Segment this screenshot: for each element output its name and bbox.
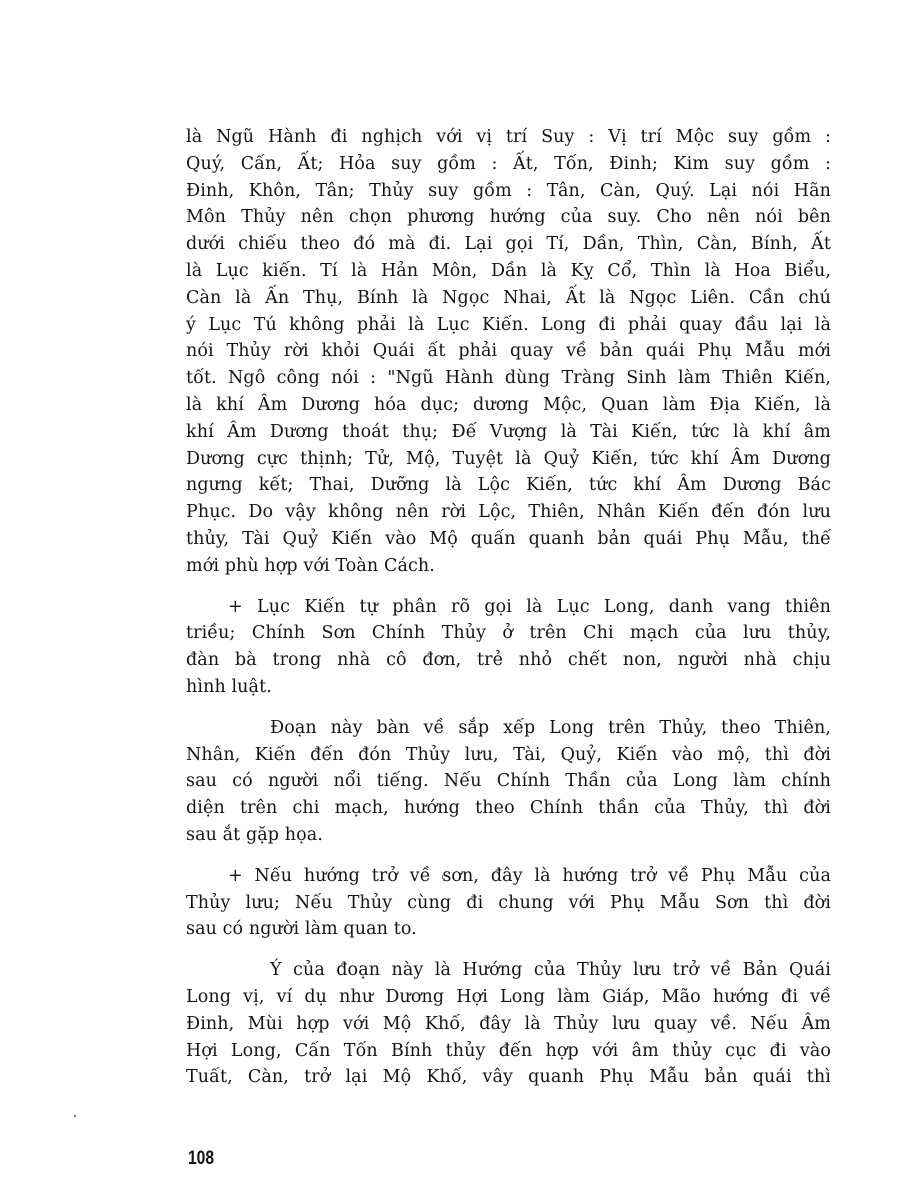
- text-line: Hợi Long, Cấn Tốn Bính thủy đến hợp với …: [186, 1038, 831, 1065]
- paragraph-commentary-2: Ý của đoạn này là Hướng của Thủy lưu trở…: [186, 957, 831, 1091]
- scan-speck: [74, 1115, 76, 1117]
- text-line: thủy, Tài Quỷ Kiến vào Mộ quấn quanh bản…: [186, 526, 831, 553]
- paragraph-continuation: là Ngũ Hành đi nghịch với vị trí Suy : V…: [186, 124, 831, 580]
- text-line: là khí Âm Dương hóa dục; dương Mộc, Quan…: [186, 392, 831, 419]
- text-line: Càn là Ấn Thụ, Bính là Ngọc Nhai, Ất là …: [186, 285, 831, 312]
- paragraph-bullet-luc-kien: + Lục Kiến tự phân rõ gọi là Lục Long, d…: [186, 594, 831, 701]
- text-line: Thủy lưu; Nếu Thủy cùng đi chung với Phụ…: [186, 890, 831, 917]
- text-line: Ý của đoạn này là Hướng của Thủy lưu trở…: [186, 957, 831, 984]
- text-line: khí Âm Dương thoát thụ; Đế Vượng là Tài …: [186, 419, 831, 446]
- text-line: Nhân, Kiến đến đón Thủy lưu, Tài, Quỷ, K…: [186, 742, 831, 769]
- text-line: Đinh, Mùi hợp với Mộ Khố, đây là Thủy lư…: [186, 1011, 831, 1038]
- text-line: ngưng kết; Thai, Dưỡng là Lộc Kiến, tức …: [186, 472, 831, 499]
- text-line: là Ngũ Hành đi nghịch với vị trí Suy : V…: [186, 124, 831, 151]
- page-body: là Ngũ Hành đi nghịch với vị trí Suy : V…: [186, 124, 831, 1105]
- text-line: diện trên chi mạch, hướng theo Chính thầ…: [186, 795, 831, 822]
- text-line: Đoạn này bàn về sắp xếp Long trên Thủy, …: [186, 715, 831, 742]
- text-line: ý Lục Tú không phải là Lục Kiến. Long đi…: [186, 312, 831, 339]
- text-line: Quý, Cấn, Ất; Hỏa suy gồm : Ất, Tốn, Đin…: [186, 151, 831, 178]
- page-number: 108: [188, 1148, 214, 1170]
- text-line: nói Thủy rời khỏi Quái ất phải quay về b…: [186, 338, 831, 365]
- text-line: Tuất, Càn, trở lại Mộ Khố, vây quanh Phụ…: [186, 1064, 831, 1091]
- text-line: là Lục kiến. Tí là Hản Môn, Dần là Kỵ Cổ…: [186, 258, 831, 285]
- text-line: Dương cực thịnh; Tử, Mộ, Tuyệt là Quỷ Ki…: [186, 446, 831, 473]
- text-line: sau có người nổi tiếng. Nếu Chính Thần c…: [186, 768, 831, 795]
- text-line: triều; Chính Sơn Chính Thủy ở trên Chi m…: [186, 620, 831, 647]
- text-line: dưới chiếu theo đó mà đi. Lại gọi Tí, Dầ…: [186, 231, 831, 258]
- text-line: Long vị, ví dụ như Dương Hợi Long làm Gi…: [186, 984, 831, 1011]
- text-line: sau ắt gặp họa.: [186, 822, 831, 849]
- text-line: + Lục Kiến tự phân rõ gọi là Lục Long, d…: [186, 594, 831, 621]
- scan-speck: [442, 875, 443, 879]
- text-line: tốt. Ngô công nói : "Ngũ Hành dùng Tràng…: [186, 365, 831, 392]
- text-line: mới phù hợp với Toàn Cách.: [186, 553, 831, 580]
- text-line: Môn Thủy nên chọn phương hướng của suy. …: [186, 204, 831, 231]
- paragraph-bullet-huong: + Nếu hướng trở về sơn, đây là hướng trở…: [186, 863, 831, 943]
- text-line: sau có người làm quan to.: [186, 916, 831, 943]
- text-line: Đinh, Khôn, Tân; Thủy suy gồm : Tân, Càn…: [186, 178, 831, 205]
- paragraph-commentary-1: Đoạn này bàn về sắp xếp Long trên Thủy, …: [186, 715, 831, 849]
- text-line: hình luật.: [186, 674, 831, 701]
- text-line: đàn bà trong nhà cô đơn, trẻ nhỏ chết no…: [186, 647, 831, 674]
- text-line: + Nếu hướng trở về sơn, đây là hướng trở…: [186, 863, 831, 890]
- text-line: Phục. Do vậy không nên rời Lộc, Thiên, N…: [186, 499, 831, 526]
